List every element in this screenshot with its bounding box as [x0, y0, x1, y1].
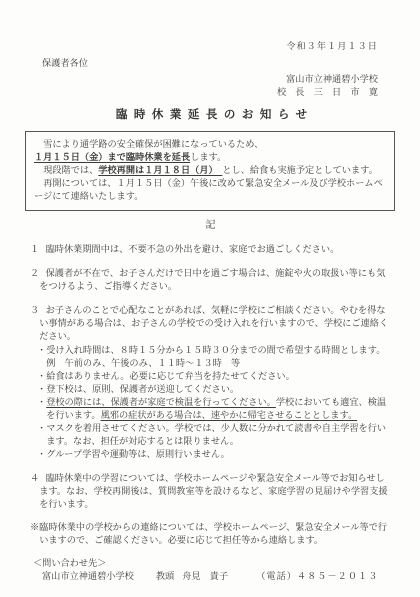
list-item-1: １臨時休業期間中は、不要不急の外出を避け、家庭でお過ごしください。	[30, 243, 393, 256]
item-number: ４	[30, 473, 39, 483]
contact-role: 教頭	[156, 571, 174, 581]
document-page: 令和３年１月１３日 保護者各位 富山市立神通碧小学校 校 長 三 日 市 寛 臨…	[0, 0, 420, 597]
bullet-example-line: 例 午前のみ、午後のみ、１１時～１３時 等	[37, 357, 393, 370]
bullet-marker: ・	[37, 345, 46, 355]
page-title: 臨時休業延長のお知らせ	[30, 109, 393, 122]
notice-line-3-rest: とし、給食も実施予定としています。	[222, 165, 377, 175]
contact-line: 富山市立神通碧小学校教頭舟見 貴子（電話）４８５－２０１３	[42, 570, 393, 583]
reopen-date-emphasis: 学校再開は１月１８日（月）	[98, 165, 222, 175]
bullet-marker: ・	[37, 449, 46, 459]
notice-line-3: 現段階では、学校再開は１月１８日（月） とし、給食も実施予定としています。	[34, 164, 386, 177]
contact-phone: （電話）４８５－２０１３	[256, 571, 378, 581]
bullet-item-temperature-check: ・登校の際には、保護者が家庭で検温を行ってください。学校においても適宜、検温を行…	[37, 396, 393, 422]
notice-line-4: 再開については、１月１５日（金）午後に改めて緊急安全メール及び学校ホームページに…	[34, 177, 386, 203]
bullet-item-reception-hours: ・受け入れ時間は、８時１５分から１５時３０分までの間で希望する時間とします。	[37, 344, 393, 357]
contact-heading: ＜問い合わせ先＞	[33, 557, 393, 570]
item-number: ３	[30, 305, 39, 315]
addressee: 保護者各位	[42, 57, 393, 70]
item-text: 保護者が不在で、お子さんだけで日中を過ごす場合は、施錠や火の取扱い等にも気をつけ…	[39, 268, 385, 291]
bullet-marker: ・	[37, 384, 46, 394]
bullet-text: グループ学習や運動等は、原則行いません。	[46, 449, 230, 459]
document-date: 令和３年１月１３日	[30, 40, 393, 53]
bullet-text: マスクを着用させてください。学校では、少人数に分かれて読書や自主学習を行います。…	[46, 423, 386, 446]
item-number: １	[30, 244, 39, 254]
bullet-text: 登下校は、原則、保護者が送迎してください。	[46, 384, 239, 394]
contact-block: ＜問い合わせ先＞ 富山市立神通碧小学校教頭舟見 貴子（電話）４８５－２０１３	[33, 557, 393, 583]
contact-school: 富山市立神通碧小学校	[42, 571, 134, 581]
sender-block: 富山市立神通碧小学校 校 長 三 日 市 寛	[30, 73, 393, 99]
notice-box: 雪により通学路の安全確保が困難になっているため、 １月１５日（金）まで臨時休業を…	[25, 131, 395, 211]
notice-line-3-lead: 現段階では、	[43, 165, 98, 175]
contact-name: 舟見 貴子	[182, 571, 228, 581]
cold-symptoms-underline: 風邪の症状がある場合は、速やかに帰宅させることとします。	[101, 410, 358, 420]
item-text: 臨時休業期間中は、不要不急の外出を避け、家庭でお過ごしください。	[46, 244, 340, 254]
bullet-text: 受け入れ時間は、８時１５分から１５時３０分までの間で希望する時間とします。	[46, 345, 385, 355]
notice-line-2-rest: します。	[190, 152, 226, 162]
list-item-4: ４臨時休業中の学習については、学校ホームページや緊急安全メール等でお知らせします…	[30, 472, 393, 511]
bullet-list: ・受け入れ時間は、８時１５分から１５時３０分までの間で希望する時間とします。 例…	[37, 344, 393, 461]
bullet-item-mask: ・マスクを着用させてください。学校では、少人数に分かれて読書や自主学習を行います…	[37, 422, 393, 448]
bullet-item-escort: ・登下校は、原則、保護者が送迎してください。	[37, 383, 393, 396]
bullet-marker: ・	[37, 397, 46, 407]
list-item-2: ２保護者が不在で、お子さんだけで日中を過ごす場合は、施錠や火の取扱い等にも気をつ…	[30, 267, 393, 293]
bullet-text: 給食はありません。必要に応じて弁当を持たせてください。	[46, 371, 295, 381]
sender-school: 富山市立神通碧小学校	[30, 73, 378, 86]
sender-principal: 校 長 三 日 市 寛	[30, 86, 378, 99]
bullet-marker: ・	[37, 423, 46, 433]
temperature-check-underline: 登校の際には、保護者が家庭で検温を行ってください。	[46, 397, 276, 407]
notice-line-2: １月１５日（金）まで臨時休業を延長します。	[34, 151, 386, 164]
notice-line-1: 雪により通学路の安全確保が困難になっているため、	[34, 138, 386, 151]
bullet-item-no-lunch: ・給食はありません。必要に応じて弁当を持たせてください。	[37, 370, 393, 383]
closure-extension-emphasis: １月１５日（金）まで臨時休業を延長	[34, 152, 190, 162]
item-number: ２	[30, 268, 39, 278]
list-item-3: ３お子さんのことで心配なことがあれば、気軽に学校にご相談ください。やむを得ない事…	[30, 304, 393, 343]
item-text: 臨時休業中の学習については、学校ホームページや緊急安全メール等でお知らせします。…	[39, 473, 387, 509]
note-paragraph: ※臨時休業中の学校からの連絡については、学校ホームページ、緊急安全メール等で行い…	[30, 521, 393, 547]
bullet-item-group-study: ・グループ学習や運動等は、原則行いません。	[37, 448, 393, 461]
item-text: お子さんのことで心配なことがあれば、気軽に学校にご相談ください。やむを得ない事情…	[39, 305, 388, 341]
bullet-marker: ・	[37, 371, 46, 381]
record-mark: 記	[30, 219, 393, 232]
